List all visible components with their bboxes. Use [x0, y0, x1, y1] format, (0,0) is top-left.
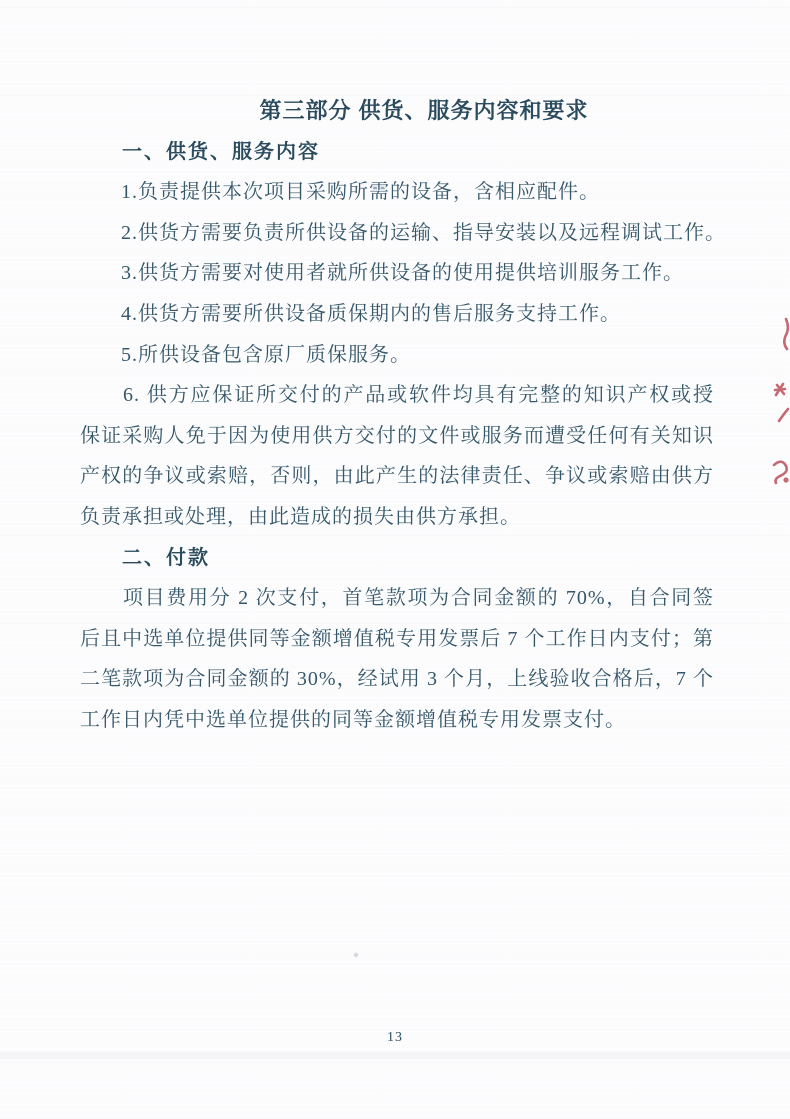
paragraph-line: 后且中选单位提供同等金额增值税专用发票后 7 个工作日内支付；第 [80, 619, 714, 660]
list-item: 3.供货方需要对使用者就所供设备的使用提供培训服务工作。 [80, 253, 714, 294]
list-item: 2.供货方需要负责所供设备的运输、指导安装以及远程调试工作。 [80, 213, 714, 254]
paragraph-line: 项目费用分 2 次支付，首笔款项为合同金额的 70%，自合同签订 [80, 578, 714, 619]
list-item: 5.所供设备包含原厂质保服务。 [80, 335, 714, 376]
scan-artifact-band [0, 1052, 790, 1059]
scan-dust-speck [353, 952, 359, 958]
list-item: 1.负责提供本次项目采购所需的设备，含相应配件。 [80, 172, 714, 213]
paragraph-line: 6. 供方应保证所交付的产品或软件均具有完整的知识产权或授权， [80, 375, 714, 416]
document-page: 第三部分 供货、服务内容和要求 一、供货、服务内容 1.负责提供本次项目采购所需… [0, 0, 790, 1119]
paragraph-line: 二笔款项为合同金额的 30%，经试用 3 个月，上线验收合格后，7 个 [80, 659, 714, 700]
paragraph-line: 工作日内凭中选单位提供的同等金额增值税专用发票支付。 [80, 700, 714, 741]
paragraph-line: 产权的争议或索赔，否则，由此产生的法律责任、争议或索赔由供方 [80, 456, 714, 497]
paragraph-line: 保证采购人免于因为使用供方交付的文件或服务而遭受任何有关知识 [80, 416, 714, 457]
section-heading-payment: 二、付款 [80, 538, 714, 579]
red-ink-stamp-fragment [768, 308, 790, 488]
section-heading-supply: 一、供货、服务内容 [80, 132, 714, 173]
list-item: 4.供货方需要所供设备质保期内的售后服务支持工作。 [80, 294, 714, 335]
document-content: 第三部分 供货、服务内容和要求 一、供货、服务内容 1.负责提供本次项目采购所需… [80, 91, 714, 741]
paragraph-line: 负责承担或处理，由此造成的损失由供方承担。 [80, 497, 714, 538]
page-number: 13 [0, 1030, 790, 1046]
page-title: 第三部分 供货、服务内容和要求 [107, 91, 741, 132]
